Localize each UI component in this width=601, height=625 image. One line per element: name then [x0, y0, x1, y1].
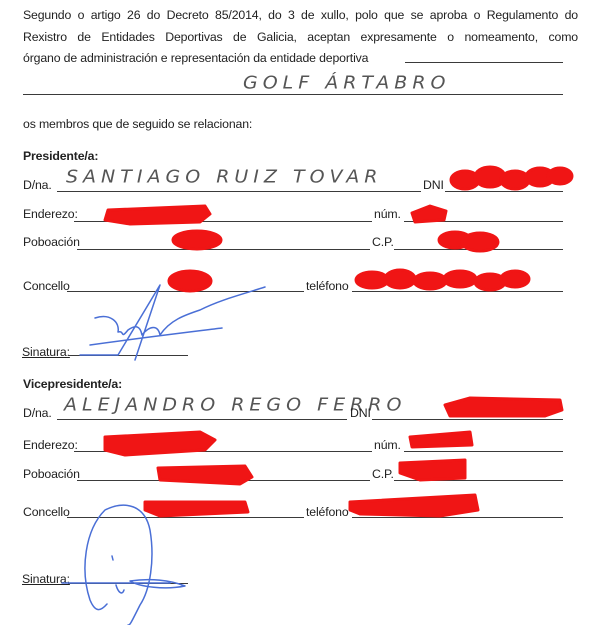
vicepresident-heading: Vicepresidente/a: — [23, 377, 122, 391]
vicepresident-number-label: núm. — [374, 438, 401, 452]
members-text: os membros que de seguido se relacionan: — [23, 117, 252, 131]
vicepresident-town-label: Poboación — [23, 467, 80, 481]
vicepresident-number-line[interactable] — [404, 451, 563, 452]
vicepresident-name-line — [57, 419, 347, 420]
president-signature — [80, 285, 265, 360]
president-phone-label: teléfono — [306, 279, 349, 293]
president-cp-line[interactable] — [394, 249, 563, 250]
president-number-label: núm. — [374, 207, 401, 221]
entity-line-2 — [23, 94, 563, 95]
vicepresident-signature-line[interactable] — [68, 583, 188, 584]
vicepresident-signature-label: Sinatura: — [22, 572, 70, 586]
vicepresident-address-label: Enderezo: — [23, 438, 78, 452]
entity-line-1 — [405, 62, 563, 63]
president-signature-label: Sinatura: — [22, 345, 70, 359]
redaction-vicepresident-phone — [350, 495, 478, 516]
vicepresident-dni-label: DNI — [350, 406, 371, 420]
redaction-president-number — [412, 206, 446, 222]
redaction-president-dni — [451, 167, 572, 189]
president-address-label: Enderezo: — [23, 207, 78, 221]
vicepresident-dni-line[interactable] — [372, 419, 563, 420]
president-town-line[interactable] — [77, 249, 370, 250]
president-cp-label: C.P. — [372, 235, 394, 249]
vicepresident-town-line[interactable] — [77, 480, 370, 481]
president-signature-line[interactable] — [68, 355, 188, 356]
vicepresident-address-line[interactable] — [74, 451, 372, 452]
redaction-president-phone — [356, 270, 529, 290]
vicepresident-signature — [62, 505, 185, 625]
intro-line-3: órgano de administración e representació… — [23, 51, 368, 65]
president-dni-line[interactable] — [445, 191, 563, 192]
vicepresident-phone-line[interactable] — [352, 517, 563, 518]
redaction-vicepresident-number — [410, 432, 472, 447]
president-number-line[interactable] — [404, 221, 563, 222]
redaction-marks — [105, 167, 572, 516]
vicepresident-cp-label: C.P. — [372, 467, 394, 481]
redaction-vicepresident-town — [158, 466, 252, 484]
redaction-vicepresident-dni — [445, 398, 562, 416]
redaction-vicepresident-cp — [400, 460, 465, 480]
president-name-line — [57, 191, 421, 192]
president-address-line[interactable] — [74, 221, 372, 222]
president-name-label: D/na. — [23, 178, 52, 192]
president-phone-line[interactable] — [352, 291, 563, 292]
president-name-value[interactable]: SANTIAGO RUIZ TOVAR — [66, 167, 382, 188]
redaction-president-town — [173, 231, 221, 249]
vicepresident-council-line[interactable] — [67, 517, 304, 518]
vicepresident-name-label: D/na. — [23, 406, 52, 420]
vicepresident-cp-line[interactable] — [394, 480, 563, 481]
redaction-vicepresident-council — [145, 502, 248, 516]
redaction-president-council — [169, 271, 211, 291]
president-town-label: Poboación — [23, 235, 80, 249]
vicepresident-phone-label: teléfono — [306, 505, 349, 519]
president-council-line[interactable] — [67, 291, 304, 292]
entity-name-handwritten[interactable]: GOLF ÁRTABRO — [243, 73, 450, 94]
president-council-label: Concello — [23, 279, 70, 293]
president-dni-label: DNI — [423, 178, 444, 192]
intro-line-2: Rexistro de Entidades Deportivas de Gali… — [23, 30, 578, 44]
vicepresident-council-label: Concello — [23, 505, 70, 519]
intro-line-1: Segundo o artigo 26 do Decreto 85/2014, … — [23, 8, 578, 22]
president-heading: Presidente/a: — [23, 149, 98, 163]
